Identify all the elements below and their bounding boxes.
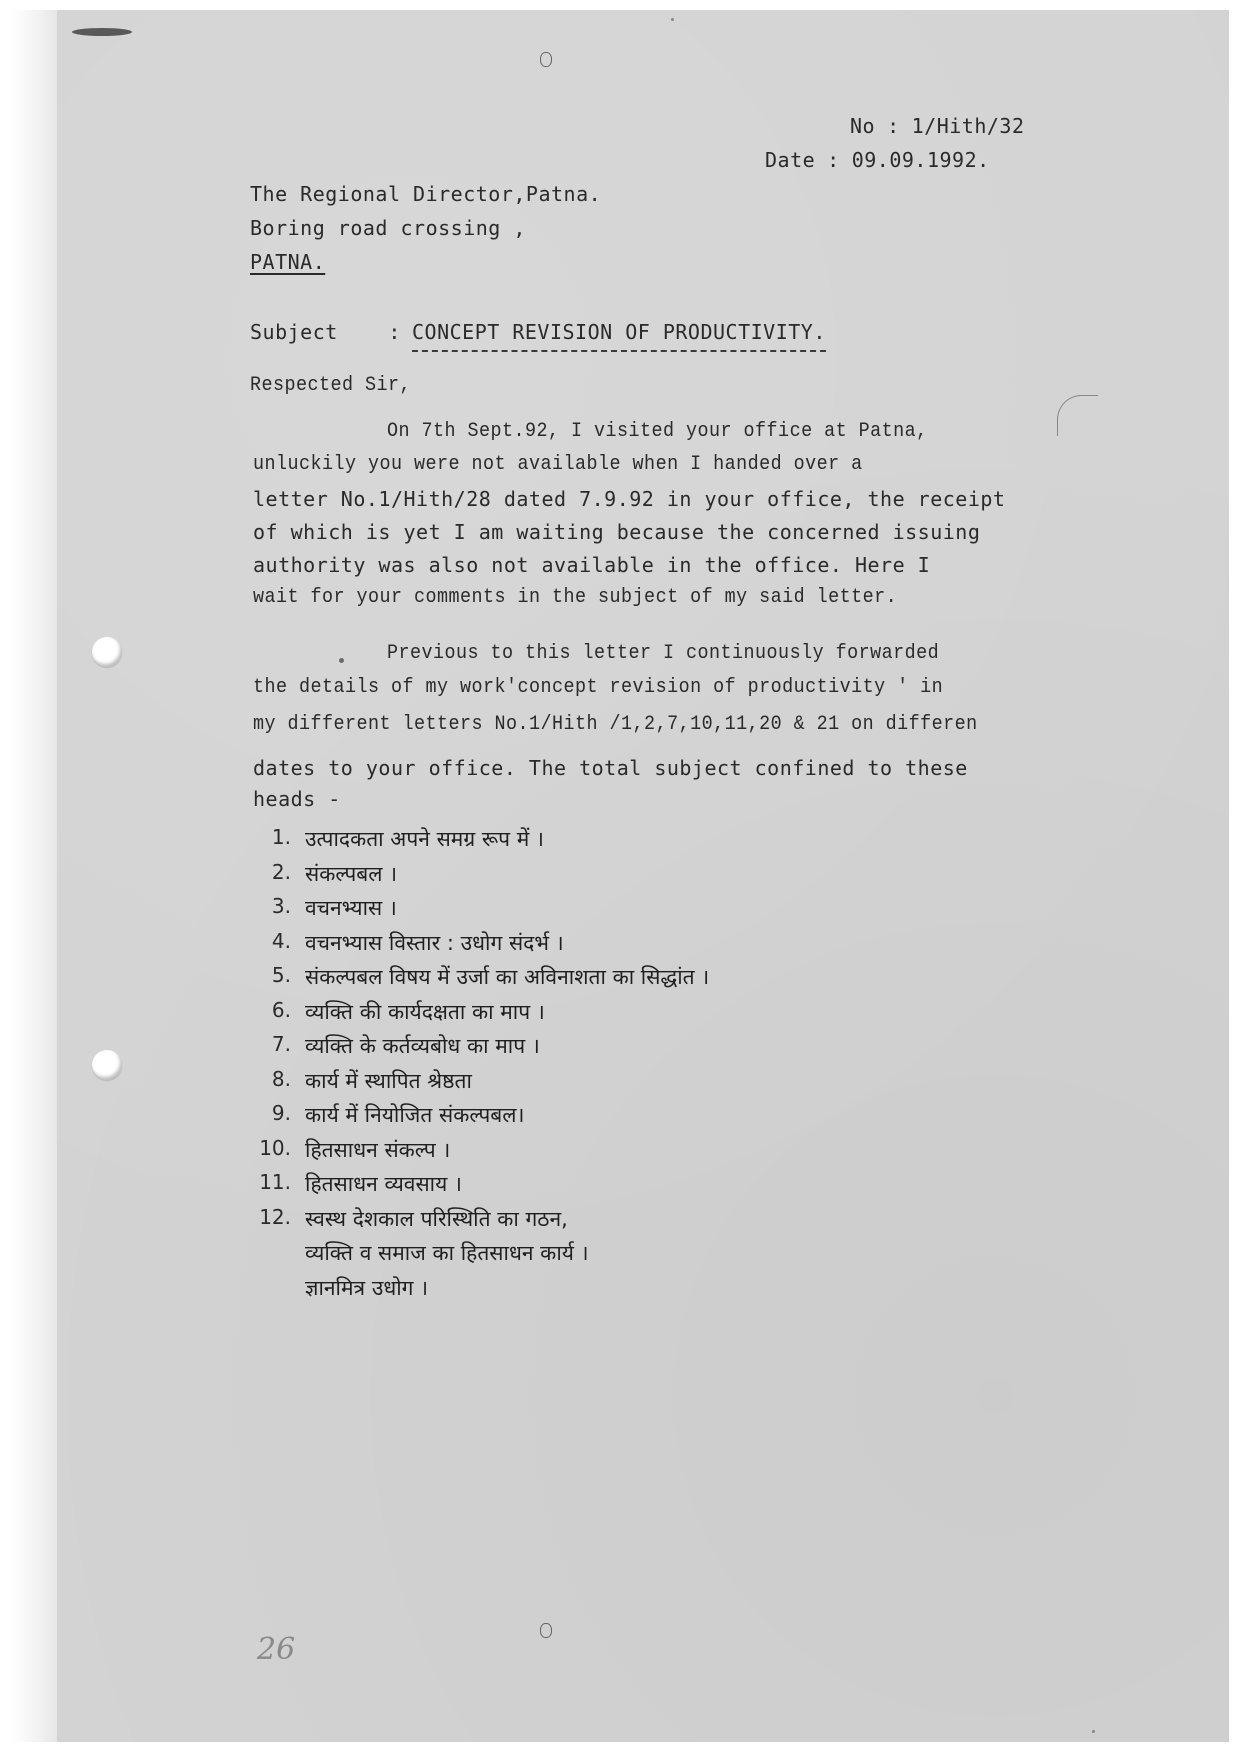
list-item-number: 8. [247,1067,291,1091]
paragraph-1-line: authority was also not available in the … [253,553,930,577]
scan-edge-shadow [11,10,57,1742]
subject-separator: : [388,320,401,344]
list-item-text: स्वस्थ देशकाल परिस्थिति का गठन, [305,1205,568,1233]
margin-stroke [1057,395,1098,436]
reference-date-value: 09.09.1992. [852,148,990,172]
address-line-2: Boring road crossing , [250,216,526,240]
list-item-number: 2. [247,860,291,884]
list-item-text: संकल्पबल विषय में उर्जा का अविनाशता का स… [305,963,709,991]
paper-mark [540,1623,552,1638]
subject-value: CONCEPT REVISION OF PRODUCTIVITY. [412,320,826,352]
list-item-number: 11. [247,1170,291,1194]
subject-label: Subject [250,320,338,344]
list-item-text: कार्य में स्थापित श्रेष्ठता [305,1067,472,1095]
subject-label-row: Subject : [250,320,401,344]
list-item-text: व्यक्ति व समाज का हितसाधन कार्य । [305,1239,589,1267]
reference-date-label: Date [765,148,815,172]
list-item-number: 6. [247,998,291,1022]
list-item-text: हितसाधन व्यवसाय । [305,1170,462,1198]
list-item-number: 4. [247,929,291,953]
paragraph-mark [339,658,344,663]
reference-date-block: Date : 09.09.1992. [765,148,990,184]
paragraph-1-line: unluckily you were not available when I … [253,453,863,476]
list-item-number: 1. [247,825,291,849]
paper-speck [1092,1730,1095,1733]
paragraph-2-line: dates to your office. The total subject … [253,756,968,780]
list-item-text: कार्य में नियोजित संकल्पबल। [305,1101,524,1129]
list-item-text: उत्पादकता अपने समग्र रूप में । [305,825,544,853]
punch-hole [92,1050,122,1080]
reference-no-label: No [850,114,875,138]
paragraph-1-line: On 7th Sept.92, I visited your office at… [387,420,928,443]
paragraph-2-line: my different letters No.1/Hith /1,2,7,10… [253,713,978,736]
paper-speck [671,18,674,21]
paragraph-2-line: the details of my work'concept revision … [253,676,943,699]
salutation: Respected Sir, [250,374,411,397]
paragraph-1-line: letter No.1/Hith/28 dated 7.9.92 in your… [253,487,1005,511]
list-item-number: 9. [247,1101,291,1125]
list-item-number: 10. [247,1136,291,1160]
reference-no-value: 1/Hith/32 [912,114,1025,138]
paper-mark [540,52,552,67]
list-item-text: ज्ञानमित्र उधोग । [305,1274,428,1302]
list-item-text: संकल्पबल । [305,860,397,888]
reference-no-separator: : [887,114,900,138]
letter-page: No : 1/Hith/32 Date : 09.09.1992. The Re… [57,10,1229,1742]
paragraph-1-line: wait for your comments in the subject of… [253,586,897,609]
list-item-text: हितसाधन संकल्प । [305,1136,450,1164]
list-item-text: वचनभ्यास । [305,894,397,922]
list-item-number: 7. [247,1032,291,1056]
reference-date-separator: : [827,148,840,172]
paragraph-1-line: of which is yet I am waiting because the… [253,520,980,544]
list-item-number: 5. [247,963,291,987]
address-line-1: The Regional Director,Patna. [250,182,601,206]
address-line-3: PATNA. [250,250,325,274]
paragraph-2-line: Previous to this letter I continuously f… [387,642,939,665]
punch-hole [92,637,122,667]
list-item-text: व्यक्ति के कर्तव्यबोध का माप । [305,1032,540,1060]
list-item-text: वचनभ्यास विस्तार : उधोग संदर्भ । [305,929,564,957]
list-item-number: 3. [247,894,291,918]
list-item-number: 12. [247,1205,291,1229]
ink-stain [72,28,132,36]
reference-block: No : 1/Hith/32 [850,114,1025,150]
paragraph-2-line: heads - [253,787,341,811]
list-item-text: व्यक्ति की कार्यदक्षता का माप । [305,998,545,1026]
handwritten-page-number: 26 [257,1632,295,1667]
